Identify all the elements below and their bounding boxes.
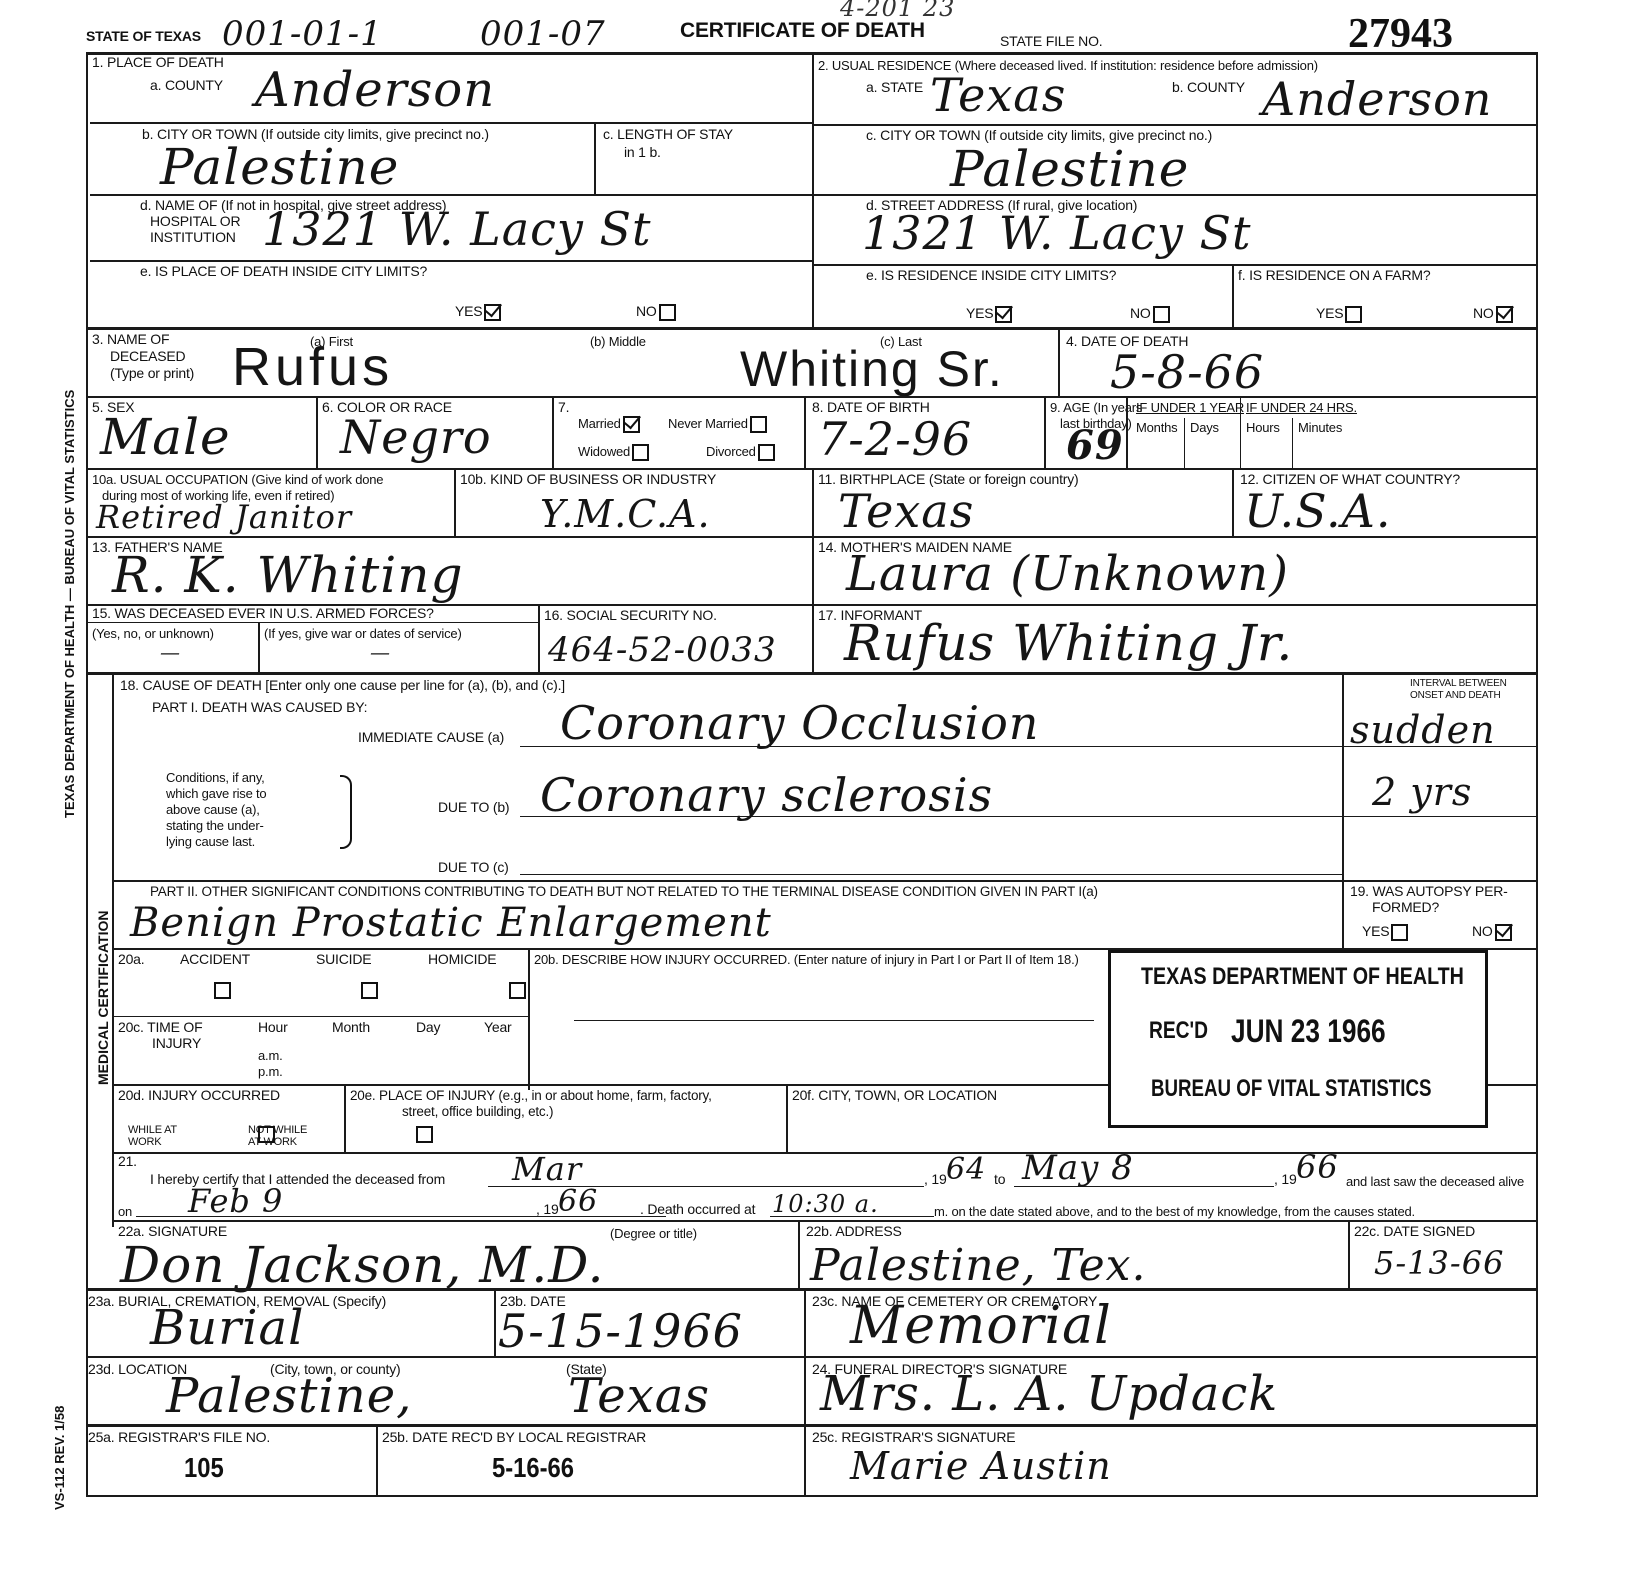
month-label: Month: [332, 1020, 370, 1035]
residence-inside-limits-label: e. IS RESIDENCE INSIDE CITY LIMITS?: [866, 268, 1116, 283]
name-label: 3. NAME OF: [92, 332, 169, 347]
residence-inside-limits-no[interactable]: NO: [1130, 306, 1170, 323]
divider: [798, 1220, 800, 1288]
last-seen-year[interactable]: 66: [558, 1184, 598, 1219]
due-to-c-label: DUE TO (c): [438, 860, 509, 875]
due-to-c-line: [520, 874, 1342, 875]
registrar-file-label: 25a. REGISTRAR'S FILE NO.: [88, 1430, 270, 1445]
form-left-border: [86, 52, 88, 1497]
from-year-prefix: , 19: [924, 1172, 947, 1187]
while-at-work[interactable]: WHILE AT WORK: [128, 1124, 188, 1148]
marital-never-married[interactable]: Never Married: [668, 416, 767, 433]
no-checkbox[interactable]: [1153, 306, 1170, 323]
to-label: to: [994, 1172, 1005, 1187]
manner-label: 20a.: [118, 952, 144, 967]
yes-checkbox[interactable]: [995, 306, 1012, 323]
divider: [1126, 396, 1128, 468]
divider: [786, 1084, 788, 1152]
title-overwrite: 4-201 23: [840, 0, 955, 22]
divider: [1232, 468, 1234, 536]
location-city-value[interactable]: Palestine,: [166, 1368, 412, 1424]
due-to-b-label: DUE TO (b): [438, 800, 509, 815]
divider: [812, 264, 1536, 266]
divider: [1348, 1220, 1350, 1288]
sex-value[interactable]: Male: [100, 408, 231, 466]
death-city-value[interactable]: Palestine: [160, 138, 399, 196]
never-married-checkbox[interactable]: [750, 416, 767, 433]
registrar-date-value[interactable]: 5-16-66: [492, 1452, 574, 1484]
interval-a-value[interactable]: sudden: [1350, 708, 1496, 752]
no-label: NO: [1472, 923, 1493, 939]
stamp-date: JUN 23 1966: [1231, 1013, 1386, 1050]
form-right-border: [1536, 52, 1538, 1497]
autopsy-label-2: FORMED?: [1372, 900, 1439, 915]
divider: [594, 122, 596, 194]
business-value[interactable]: Y.M.C.A.: [540, 492, 711, 536]
divider: [86, 327, 1538, 330]
disposition-date-value[interactable]: 5-15-1966: [498, 1304, 743, 1358]
death-time-value[interactable]: 10:30 a.: [772, 1190, 879, 1218]
no-checkbox[interactable]: [659, 304, 676, 321]
married-checkbox[interactable]: [623, 416, 640, 433]
divider: [258, 622, 260, 672]
residence-city-value[interactable]: Palestine: [950, 140, 1189, 198]
divider: [1342, 816, 1536, 817]
state-of-texas-label: STATE OF TEXAS: [86, 29, 201, 44]
divider: [88, 622, 538, 623]
col-divider-top: [812, 52, 814, 327]
widowed-label: Widowed: [578, 444, 630, 459]
on-label: on: [118, 1204, 132, 1219]
race-value[interactable]: Negro: [340, 410, 492, 464]
address-value[interactable]: Palestine, Tex.: [810, 1240, 1146, 1291]
middle-name-label: (b) Middle: [590, 334, 646, 349]
divider: [1342, 672, 1344, 882]
homicide-label: HOMICIDE: [428, 952, 496, 967]
certification-text-3: m. on the date stated above, and to the …: [934, 1204, 1415, 1219]
divider: [494, 1290, 496, 1356]
autopsy-label: 19. WAS AUTOPSY PER-: [1350, 884, 1508, 899]
cause-of-death-label: 18. CAUSE OF DEATH [Enter only one cause…: [120, 678, 565, 693]
medical-certification-side-label: MEDICAL CERTIFICATION: [95, 911, 111, 1085]
minutes-label: Minutes: [1298, 420, 1342, 435]
usual-residence-label: 2. USUAL RESIDENCE (Where deceased lived…: [818, 58, 1318, 73]
age-label: 9. AGE (In years: [1050, 400, 1142, 415]
date-signed-label: 22c. DATE SIGNED: [1354, 1224, 1475, 1239]
injury-city-label: 20f. CITY, TOWN, OR LOCATION: [792, 1088, 997, 1103]
divider: [86, 1356, 1538, 1358]
state-file-number: 27943: [1348, 10, 1453, 58]
divider: [376, 1426, 378, 1496]
degree-label: (Degree or title): [610, 1226, 697, 1241]
divider: [804, 1426, 806, 1496]
not-while-at-work-label: NOT WHILE AT WORK: [248, 1124, 307, 1148]
name-label-2: DECEASED: [110, 349, 185, 364]
divider: [812, 536, 814, 604]
divider: [454, 468, 456, 536]
yes-checkbox[interactable]: [1345, 306, 1362, 323]
yes-label: YES: [1362, 923, 1389, 939]
divider: [812, 468, 814, 536]
stamp-received-label: REC'D: [1149, 1017, 1208, 1045]
am-label: a.m.: [258, 1048, 282, 1063]
registrar-signature[interactable]: Marie Austin: [850, 1444, 1112, 1488]
time-of-injury-label: 20c. TIME OF: [118, 1020, 202, 1035]
conditions-note-line: which gave rise to: [166, 786, 266, 801]
death-inside-limits-yes[interactable]: YES: [455, 304, 501, 321]
armed-forces-sublabel: (Yes, no, or unknown): [92, 626, 214, 641]
autopsy-yes[interactable]: YES: [1362, 924, 1408, 941]
divorced-checkbox[interactable]: [758, 444, 775, 461]
divider: [528, 948, 530, 1090]
divider: [812, 604, 814, 672]
war-service-sublabel: (If yes, give war or dates of service): [264, 626, 462, 641]
part-2-label: PART II. OTHER SIGNIFICANT CONDITIONS CO…: [150, 884, 1098, 899]
marital-label: 7.: [558, 400, 569, 415]
divider: [112, 880, 1536, 882]
yes-label: YES: [455, 303, 482, 319]
bracket-icon: [340, 775, 352, 849]
injury-occurred-label: 20d. INJURY OCCURRED: [118, 1088, 280, 1103]
days-label: Days: [1190, 420, 1219, 435]
attended-to-value[interactable]: May 8: [1022, 1148, 1134, 1188]
armed-forces-label: 15. WAS DECEASED EVER IN U.S. ARMED FORC…: [92, 606, 434, 621]
death-county-value[interactable]: Anderson: [255, 62, 495, 118]
no-label: NO: [1473, 305, 1494, 321]
interval-b-value[interactable]: 2 yrs: [1372, 770, 1472, 814]
mother-name-value[interactable]: Laura (Unknown): [846, 546, 1289, 602]
place-of-death-label: 1. PLACE OF DEATH: [92, 55, 224, 70]
while-at-work-label: WHILE AT WORK: [128, 1124, 177, 1148]
form-revision-label: VS-112 REV. 1/58: [52, 1406, 67, 1510]
residence-inside-limits-yes[interactable]: YES: [966, 306, 1012, 323]
divider: [552, 396, 554, 468]
year-label: Year: [484, 1020, 512, 1035]
county-code-2: 001-07: [480, 14, 606, 54]
residence-county-value[interactable]: Anderson: [1262, 72, 1492, 126]
suicide-label: SUICIDE: [316, 952, 371, 967]
death-occurred-at-label: . Death occurred at: [640, 1202, 755, 1217]
interval-label-2: ONSET AND DEATH: [1410, 690, 1501, 702]
not-while-at-work-checkbox[interactable]: [416, 1126, 433, 1143]
marital-married[interactable]: Married: [578, 416, 640, 433]
suicide-checkbox[interactable]: [361, 982, 378, 999]
yes-label: YES: [1316, 305, 1343, 321]
residence-farm-no[interactable]: NO: [1473, 306, 1513, 323]
autopsy-no[interactable]: NO: [1472, 924, 1512, 941]
divider: [86, 1424, 1538, 1427]
registrar-signature-label: 25c. REGISTRAR'S SIGNATURE: [812, 1430, 1015, 1445]
hospital-label-3: INSTITUTION: [150, 230, 236, 245]
accident-checkbox[interactable]: [214, 982, 231, 999]
immediate-cause-label: IMMEDIATE CAUSE (a): [358, 730, 504, 745]
date-of-birth-value[interactable]: 7-2-96: [818, 412, 972, 466]
divider: [90, 260, 812, 262]
not-while-at-work[interactable]: NOT WHILE AT WORK: [248, 1124, 316, 1148]
divider: [1292, 418, 1293, 468]
certification-text-2: and last saw the deceased alive: [1346, 1174, 1524, 1189]
residence-state-label: a. STATE: [866, 80, 923, 95]
hours-label: Hours: [1246, 420, 1280, 435]
place-of-injury-label-2: street, office building, etc.): [402, 1104, 553, 1119]
homicide-checkbox[interactable]: [509, 982, 526, 999]
attended-from-year[interactable]: 64: [946, 1152, 986, 1187]
armed-forces-value[interactable]: —: [160, 640, 181, 664]
registrar-date-label: 25b. DATE REC'D BY LOCAL REGISTRAR: [382, 1430, 646, 1445]
divider: [1240, 396, 1241, 468]
no-label: NO: [636, 303, 657, 319]
length-of-stay-label: c. LENGTH OF STAY: [603, 127, 733, 142]
residence-state-value[interactable]: Texas: [930, 68, 1066, 122]
hospital-value[interactable]: 1321 W. Lacy St: [262, 202, 652, 256]
marital-widowed[interactable]: Widowed: [578, 444, 649, 461]
conditions-note-line: lying cause last.: [166, 834, 255, 849]
last-seen-year-prefix: , 19: [536, 1202, 559, 1217]
divider: [344, 1084, 346, 1152]
cemetery-value[interactable]: Memorial: [850, 1296, 1112, 1356]
under-one-year-label: IF UNDER 1 YEAR: [1136, 400, 1244, 415]
divider: [90, 194, 812, 196]
disposition-method-value[interactable]: Burial: [150, 1300, 304, 1356]
divider: [86, 1288, 1538, 1291]
received-stamp: TEXAS DEPARTMENT OF HEALTH REC'D JUN 23 …: [1108, 950, 1488, 1128]
informant-value[interactable]: Rufus Whiting Jr.: [844, 614, 1293, 672]
widowed-checkbox[interactable]: [632, 444, 649, 461]
location-state-value[interactable]: Texas: [568, 1368, 710, 1424]
hospital-label-2: HOSPITAL OR: [150, 214, 240, 229]
birthplace-value[interactable]: Texas: [838, 484, 974, 538]
yes-checkbox[interactable]: [1391, 924, 1408, 941]
residence-farm-label: f. IS RESIDENCE ON A FARM?: [1238, 268, 1430, 283]
father-name-value[interactable]: R. K. Whiting: [112, 546, 463, 604]
ssn-value[interactable]: 464-52-0033: [548, 630, 777, 670]
no-label: NO: [1130, 305, 1151, 321]
divider: [1044, 396, 1046, 468]
immediate-cause-value[interactable]: Coronary Occlusion: [560, 696, 1039, 750]
pm-label: p.m.: [258, 1064, 282, 1079]
to-year-prefix: , 19: [1274, 1172, 1297, 1187]
certification-item-label: 21.: [118, 1154, 137, 1169]
physician-signature[interactable]: Don Jackson, M.D.: [120, 1236, 604, 1294]
yes-checkbox[interactable]: [484, 304, 501, 321]
date-signed-value[interactable]: 5-13-66: [1374, 1244, 1504, 1282]
length-of-stay-sublabel: in 1 b.: [624, 145, 661, 160]
divider: [90, 122, 812, 124]
form-bottom-border: [86, 1495, 1538, 1497]
divider: [804, 396, 806, 468]
stamp-bureau: BUREAU OF VITAL STATISTICS: [1151, 1075, 1431, 1103]
interval-label: INTERVAL BETWEEN: [1410, 678, 1507, 690]
county-code-1: 001-01-1: [222, 14, 383, 54]
divider: [86, 672, 1538, 675]
divider: [1232, 264, 1234, 328]
residence-farm-yes[interactable]: YES: [1316, 306, 1362, 323]
department-side-label: TEXAS DEPARTMENT OF HEALTH — BUREAU OF V…: [62, 390, 77, 818]
no-checkbox[interactable]: [1495, 924, 1512, 941]
death-inside-limits-no[interactable]: NO: [636, 304, 676, 321]
first-name-value[interactable]: Rufus: [232, 336, 393, 398]
under-24-hours-label: IF UNDER 24 HRS.: [1246, 400, 1357, 415]
document-title: CERTIFICATE OF DEATH: [680, 20, 925, 42]
describe-injury-line: [574, 1020, 1094, 1021]
age-value[interactable]: 69: [1066, 422, 1124, 469]
attended-from-value[interactable]: Mar: [512, 1150, 582, 1188]
name-label-3: (Type or print): [110, 366, 194, 381]
state-file-no-label: STATE FILE NO.: [1000, 34, 1102, 49]
no-checkbox[interactable]: [1496, 306, 1513, 323]
registrar-file-value[interactable]: 105: [184, 1452, 224, 1484]
ssn-label: 16. SOCIAL SECURITY NO.: [544, 608, 717, 623]
day-label: Day: [416, 1020, 440, 1035]
part-1-label: PART I. DEATH WAS CAUSED BY:: [152, 700, 367, 715]
death-county-label: a. COUNTY: [150, 78, 223, 93]
last-seen-value[interactable]: Feb 9: [188, 1182, 283, 1220]
time-of-injury-label-2: INJURY: [152, 1036, 201, 1051]
war-service-value[interactable]: —: [370, 640, 391, 664]
business-label: 10b. KIND OF BUSINESS OR INDUSTRY: [460, 472, 716, 487]
residence-county-label: b. COUNTY: [1172, 80, 1245, 95]
stamp-department: TEXAS DEPARTMENT OF HEALTH: [1141, 963, 1464, 991]
divider: [1184, 418, 1185, 468]
divider: [112, 1220, 1536, 1222]
divider: [86, 396, 1538, 398]
months-label: Months: [1136, 420, 1177, 435]
divider: [1342, 880, 1344, 948]
divider: [1058, 330, 1060, 396]
divorced-label: Divorced: [706, 444, 756, 459]
divider: [812, 124, 1536, 126]
part-2-value[interactable]: Benign Prostatic Enlargement: [130, 900, 772, 946]
death-inside-limits-label: e. IS PLACE OF DEATH INSIDE CITY LIMITS?: [140, 264, 427, 279]
citizen-value[interactable]: U.S.A.: [1244, 484, 1392, 538]
divider: [112, 1016, 528, 1017]
divider: [316, 396, 318, 468]
marital-divorced[interactable]: Divorced: [706, 444, 775, 461]
conditions-note-line: stating the under-: [166, 818, 264, 833]
hour-label: Hour: [258, 1020, 288, 1035]
occupation-label: 10a. USUAL OCCUPATION (Give kind of work…: [92, 472, 383, 487]
place-of-injury-label: 20e. PLACE OF INJURY (e.g., in or about …: [350, 1088, 712, 1103]
funeral-director-signature[interactable]: Mrs. L. A. Updack: [820, 1366, 1278, 1422]
residence-street-value[interactable]: 1321 W. Lacy St: [862, 206, 1252, 260]
occupation-value[interactable]: Retired Janitor: [96, 498, 352, 536]
last-name-value[interactable]: Whiting Sr.: [740, 340, 1004, 398]
attended-to-year[interactable]: 66: [1296, 1148, 1339, 1186]
married-label: Married: [578, 416, 621, 431]
date-of-death-value[interactable]: 5-8-66: [1110, 345, 1264, 399]
describe-injury-label: 20b. DESCRIBE HOW INJURY OCCURRED. (Ente…: [534, 952, 1079, 967]
conditions-note-line: above cause (a),: [166, 802, 260, 817]
yes-label: YES: [966, 305, 993, 321]
due-to-b-value[interactable]: Coronary sclerosis: [540, 768, 993, 822]
address-label: 22b. ADDRESS: [806, 1224, 902, 1239]
divider: [538, 604, 540, 672]
accident-label: ACCIDENT: [180, 952, 250, 967]
never-married-label: Never Married: [668, 416, 748, 431]
conditions-note-line: Conditions, if any,: [166, 770, 265, 785]
divider: [812, 194, 1536, 196]
